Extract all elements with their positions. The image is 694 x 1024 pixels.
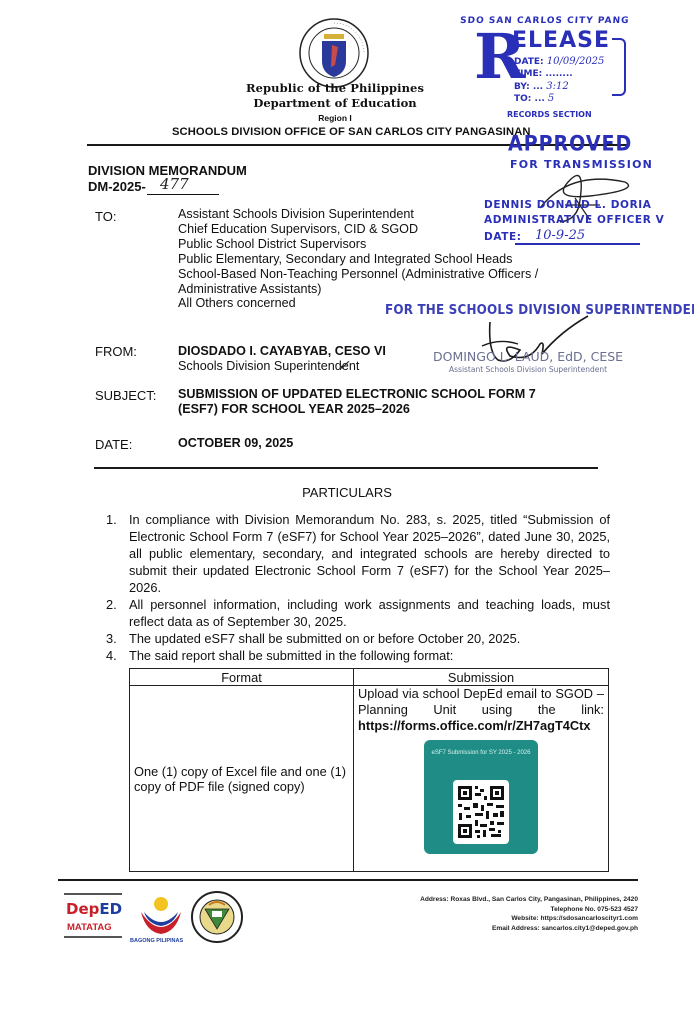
subject-text: SUBMISSION OF UPDATED ELECTRONIC SCHOOL …	[178, 387, 536, 417]
subject-line: SUBMISSION OF UPDATED ELECTRONIC SCHOOL …	[178, 387, 536, 402]
from-name: DIOSDADO I. CAYABYAB, CESO VI	[178, 344, 386, 358]
table-header-row: Format Submission	[130, 669, 609, 686]
bagong-pilipinas-text: BAGONG PILIPINAS	[130, 938, 183, 944]
memo-date: OCTOBER 09, 2025	[178, 436, 293, 450]
matatag-underline	[64, 936, 122, 938]
qr-pattern	[453, 780, 509, 844]
subject-line: (ESF7) FOR SCHOOL YEAR 2025–2026	[178, 402, 536, 417]
submission-instructions: Upload via school DepEd email to SGOD – …	[358, 686, 604, 717]
asds-name: DOMINGO L. LAUD, EdD, CESE	[433, 349, 623, 364]
department-heading: Department of Education	[200, 96, 470, 110]
asds-title: Assistant Schools Division Superintenden…	[449, 365, 607, 374]
deped-logo-dep: Dep	[66, 900, 99, 918]
bagong-pilipinas-logo	[136, 892, 186, 942]
particulars-title: PARTICULARS	[0, 485, 694, 500]
memo-number-label: DM-2025-	[88, 179, 146, 194]
matatag-logo: MATATAG	[67, 922, 112, 933]
list-item: 4.The said report shall be submitted in …	[106, 647, 610, 664]
to-recipients: Assistant Schools Division Superintenden…	[178, 207, 538, 311]
from-title: Schools Division Superintendent	[178, 359, 359, 373]
submission-format-table: Format Submission One (1) copy of Excel …	[129, 668, 609, 872]
released-date-label: DATE:	[514, 57, 544, 67]
footer-address: Address: Roxas Blvd., San Carlos City, P…	[420, 895, 638, 905]
footer-email[interactable]: Email Address: sancarlos.city1@deped.gov…	[420, 924, 638, 934]
footer-contact: Address: Roxas Blvd., San Carlos City, P…	[420, 895, 638, 933]
to-recipient: Administrative Assistants)	[178, 282, 538, 297]
released-by-row: BY: ... 3:12	[514, 81, 569, 92]
memo-number-line	[147, 194, 219, 195]
list-item: 3.The updated eSF7 shall be submitted on…	[106, 630, 610, 647]
released-stamp-footer: RECORDS SECTION	[507, 110, 592, 119]
column-header-submission: Submission	[354, 669, 609, 686]
footer-website[interactable]: Website: https://sdosancarloscityr1.com	[420, 914, 638, 924]
item-text: The updated eSF7 shall be submitted on o…	[129, 630, 610, 647]
date-label: DATE:	[95, 437, 132, 452]
initial-check-icon: ✓	[338, 357, 350, 374]
to-recipient: Public Elementary, Secondary and Integra…	[178, 252, 538, 267]
released-stamp-word: ELEASE	[512, 28, 610, 53]
to-recipient: Chief Education Supervisors, CID & SGOD	[178, 222, 538, 237]
sdo-san-carlos-seal	[191, 891, 243, 943]
column-header-format: Format	[130, 669, 354, 686]
deped-logo: DepED	[66, 900, 122, 918]
footer-divider	[58, 879, 638, 881]
deped-seal-logo	[298, 17, 370, 89]
body-divider	[94, 467, 598, 469]
released-date-value: 10/09/2025	[547, 56, 605, 67]
to-label: TO:	[95, 209, 116, 224]
submission-link[interactable]: https://forms.office.com/r/ZH7agT4Ctx	[358, 718, 591, 733]
item-number: 2.	[106, 596, 129, 630]
to-recipient: School-Based Non-Teaching Personnel (Adm…	[178, 267, 538, 282]
for-sds-stamp: FOR THE SCHOOLS DIVISION SUPERINTENDENT	[385, 303, 694, 318]
released-time-row: TIME: ........	[514, 69, 573, 79]
qr-card: eSF7 Submission for SY 2025 - 2026	[424, 740, 538, 854]
submission-cell: Upload via school DepEd email to SGOD – …	[354, 686, 609, 872]
released-to-row: TO: ... 5	[514, 93, 554, 104]
released-stamp-bracket	[612, 38, 626, 96]
released-to-label: TO:	[514, 94, 531, 104]
item-text: The said report shall be submitted in th…	[129, 647, 610, 664]
item-text: In compliance with Division Memorandum N…	[129, 511, 610, 596]
qr-code-icon[interactable]	[453, 780, 509, 844]
particulars-list: 1.In compliance with Division Memorandum…	[106, 511, 610, 664]
released-by-value: 3:12	[546, 81, 568, 92]
format-cell: One (1) copy of Excel file and one (1) c…	[130, 686, 354, 872]
released-to-value: 5	[548, 93, 554, 104]
deped-logo-ed: ED	[99, 900, 122, 918]
released-by-label: BY:	[514, 82, 530, 92]
region-heading: Region I	[200, 113, 470, 123]
item-number: 1.	[106, 511, 129, 596]
subject-label: SUBJECT:	[95, 388, 156, 403]
republic-heading: Republic of the Philippines	[200, 81, 470, 95]
released-time-label: TIME:	[514, 69, 542, 79]
to-recipient: Assistant Schools Division Superintenden…	[178, 207, 538, 222]
from-label: FROM:	[95, 344, 137, 359]
approved-stamp-title: APPROVED	[508, 132, 632, 156]
approved-date-value: 10-9-25	[535, 228, 585, 243]
list-item: 1.In compliance with Division Memorandum…	[106, 511, 610, 596]
item-number: 3.	[106, 630, 129, 647]
released-date-row: DATE: 10/09/2025	[514, 56, 604, 67]
item-text: All personnel information, including wor…	[129, 596, 610, 630]
deped-logo-topbar	[64, 893, 122, 895]
to-recipient: Public School District Supervisors	[178, 237, 538, 252]
qr-caption: eSF7 Submission for SY 2025 - 2026	[424, 740, 538, 758]
memo-number-value: 477	[160, 175, 189, 193]
list-item: 2.All personnel information, including w…	[106, 596, 610, 630]
item-number: 4.	[106, 647, 129, 664]
footer-telephone: Telephone No. 075-523 4527	[420, 905, 638, 915]
table-row: One (1) copy of Excel file and one (1) c…	[130, 686, 609, 872]
approved-stamp-subtitle: FOR TRANSMISSION	[510, 158, 653, 171]
